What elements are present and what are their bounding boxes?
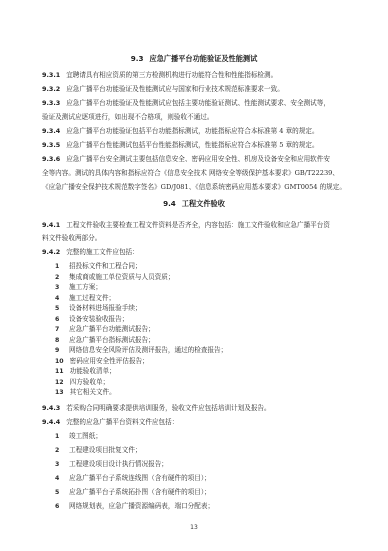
section-heading-9-3: 9.3应急广播平台功能验证及性能测试	[0, 54, 388, 64]
clause-9-3-6: 9.3.6应急广播平台安全测试主要包括信息安全、密码应用安全性、机房及设备安全和…	[42, 155, 354, 164]
item-text: 密码应用安全性评估报告；	[70, 357, 149, 365]
clause-continuation: 全等内容。测试的具体内容和指标应符合《信息安全技术 网络安全等级保护基本要求》G…	[42, 169, 354, 178]
item-number: 12	[55, 378, 64, 387]
item-number: 6	[55, 502, 63, 511]
item-number: 4	[55, 294, 63, 303]
item-number: 4	[55, 474, 63, 483]
list-item: 6设备安装验收报告；	[55, 315, 367, 324]
item-number: 5	[55, 488, 63, 497]
clause-number: 9.3.3	[42, 99, 60, 107]
document-page: 9.3应急广播平台功能验证及性能测试 9.3.1宜聘请具有相应资质的第三方检测机…	[0, 0, 388, 551]
clause-text: 应急广播平台功能验证包括平台功能指标测试，功能指标应符合本标准第 4 章的规定。	[66, 127, 318, 135]
clause-9-3-4: 9.3.4应急广播平台功能验证包括平台功能指标测试，功能指标应符合本标准第 4 …	[42, 127, 354, 136]
item-text: 应急广播平台指标测试报告；	[69, 336, 155, 344]
item-number: 3	[55, 283, 63, 292]
section-heading-9-4: 9.4工程文件验收	[0, 199, 388, 209]
list-item: 7应急广播平台功能测试报告；	[55, 325, 367, 334]
item-text: 功能验收清单；	[70, 367, 116, 375]
item-number: 11	[55, 367, 64, 376]
item-number: 10	[55, 357, 64, 366]
clause-9-3-3: 9.3.3应急广播平台功能验证及性能测试应包括主要功能验证测试、性能测试要求、安…	[42, 99, 354, 108]
item-text: 四方验收单；	[70, 378, 110, 386]
item-number: 13	[55, 388, 64, 397]
item-text: 施工过程文件；	[69, 294, 115, 302]
clause-number: 9.3.1	[42, 71, 60, 79]
clause-9-3-1: 9.3.1宜聘请具有相应资质的第三方检测机构进行功能符合性和性能指标检测。	[42, 71, 354, 80]
clause-number: 9.4.2	[42, 248, 60, 256]
list-item: 4施工过程文件；	[55, 294, 367, 303]
list-item: 2集成商或施工单位资质与人员资质；	[55, 273, 367, 282]
clause-continuation: 验证及测试应逐项进行，如出现不合格项，则验收不通过。	[42, 113, 354, 122]
clause-9-4-1: 9.4.1工程文件验收主要检查工程文件资料是否齐全，内容包括：施工文件验收和应急…	[42, 221, 354, 230]
section-title: 应急广播平台功能验证及性能测试	[149, 54, 257, 63]
item-text: 网络规划表，应急广播资源编码表，端口分配表；	[69, 502, 214, 510]
item-text: 工程建设项目设计执行情况报告；	[69, 460, 168, 468]
clause-number: 9.4.1	[42, 221, 60, 229]
clause-continuation: 《应急广播安全保护技术规范数字签名》GD/J081、《信息系统密码应用基本要求》…	[42, 183, 354, 192]
clause-text: 应急广播平台功能验证及性能测试应包括主要功能验证测试、性能测试要求、安全测试等，	[66, 99, 330, 107]
list-item: 5设备材料进场报验手续；	[55, 304, 367, 313]
section-number: 9.4	[163, 199, 176, 208]
list-item: 12四方验收单；	[55, 378, 367, 387]
item-number: 6	[55, 315, 63, 324]
clause-9-3-5: 9.3.5应急广播平台性能测试包括平台性能指标测试，性能指标应符合本标准第 5 …	[42, 141, 354, 150]
clause-9-4-3: 9.4.3若采购合同明确要求提供培训服务，验收文件应包括培训计划及报告。	[42, 404, 354, 413]
item-text: 应急广播平台子系统连线图（含有硬件的项目）；	[69, 474, 211, 482]
item-number: 3	[55, 460, 63, 469]
clause-text: 应急广播平台功能验证及性能测试应与国家和行业技术规范标准要求一致。	[66, 85, 284, 93]
item-text: 施工方案；	[69, 283, 102, 291]
clause-text: 完整的施工文件应包括：	[66, 248, 139, 256]
item-number: 2	[55, 273, 63, 282]
item-number: 1	[55, 262, 63, 271]
item-text: 应急广播平台子系统拓扑图（含有硬件的项目）；	[69, 488, 211, 496]
item-text: 工程建设项目批复文件；	[69, 446, 142, 454]
clause-text: 若采购合同明确要求提供培训服务，验收文件应包括培训计划及报告。	[66, 404, 270, 412]
section-title: 工程文件验收	[182, 199, 225, 208]
item-number: 7	[55, 325, 63, 334]
clause-text: 应急广播平台安全测试主要包括信息安全、密码应用安全性、机房及设备安全和应用软件安	[66, 155, 330, 163]
list-item: 11功能验收清单；	[55, 367, 367, 376]
clause-text: 应急广播平台性能测试包括平台性能指标测试，性能指标应符合本标准第 5 章的规定。	[66, 141, 318, 149]
item-text: 集成商或施工单位资质与人员资质；	[69, 273, 175, 281]
list-item: 10密码应用安全性评估报告；	[55, 357, 367, 366]
clause-9-4-2: 9.4.2完整的施工文件应包括：	[42, 248, 354, 257]
list-item: 1招投标文件和工程合同；	[55, 262, 367, 271]
list-item: 2工程建设项目批复文件；	[55, 446, 367, 455]
clause-number: 9.3.5	[42, 141, 60, 149]
clause-9-3-2: 9.3.2应急广播平台功能验证及性能测试应与国家和行业技术规范标准要求一致。	[42, 85, 354, 94]
clause-number: 9.3.6	[42, 155, 60, 163]
list-item: 13其它相关文件。	[55, 388, 367, 397]
item-number: 5	[55, 304, 63, 313]
list-item: 1竣工图纸；	[55, 432, 367, 441]
item-text: 竣工图纸；	[69, 432, 102, 440]
item-text: 应急广播平台功能测试报告；	[69, 325, 155, 333]
list-item: 9网络信息安全风险评估及测评报告，通过的检查报告；	[55, 346, 367, 355]
list-item: 3工程建设项目设计执行情况报告；	[55, 460, 367, 469]
list-item: 3施工方案；	[55, 283, 367, 292]
item-text: 设备安装验收报告；	[69, 315, 128, 323]
clause-number: 9.3.2	[42, 85, 60, 93]
clause-text: 完整的应急广播平台资料文件应包括：	[66, 418, 178, 426]
item-number: 1	[55, 432, 63, 441]
item-number: 8	[55, 336, 63, 345]
list-item: 8应急广播平台指标测试报告；	[55, 336, 367, 345]
clause-text: 工程文件验收主要检查工程文件资料是否齐全，内容包括：施工文件验收和应急广播平台资	[66, 221, 330, 229]
list-item: 6网络规划表，应急广播资源编码表，端口分配表；	[55, 502, 367, 511]
item-number: 2	[55, 446, 63, 455]
clause-9-4-4: 9.4.4完整的应急广播平台资料文件应包括：	[42, 418, 354, 427]
clause-text: 宜聘请具有相应资质的第三方检测机构进行功能符合性和性能指标检测。	[66, 71, 277, 79]
clause-number: 9.3.4	[42, 127, 60, 135]
page-number: 13	[0, 524, 388, 531]
clause-number: 9.4.4	[42, 418, 60, 426]
clause-continuation: 料文件验收两部分。	[42, 234, 354, 243]
clause-number: 9.4.3	[42, 404, 60, 412]
item-text: 设备材料进场报验手续；	[69, 304, 142, 312]
item-number: 9	[55, 346, 63, 355]
item-text: 招投标文件和工程合同；	[69, 262, 142, 270]
list-item: 5应急广播平台子系统拓扑图（含有硬件的项目）；	[55, 488, 367, 497]
list-item: 4应急广播平台子系统连线图（含有硬件的项目）；	[55, 474, 367, 483]
item-text: 网络信息安全风险评估及测评报告，通过的检查报告；	[69, 346, 227, 354]
section-number: 9.3	[131, 54, 144, 63]
item-text: 其它相关文件。	[70, 388, 116, 396]
